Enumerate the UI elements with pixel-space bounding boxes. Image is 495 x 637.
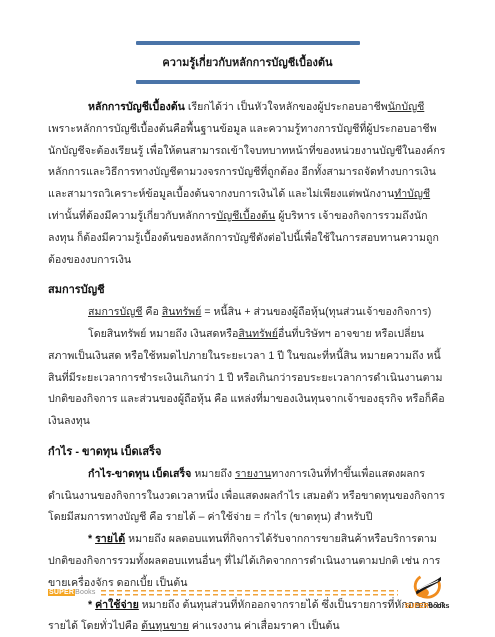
title-bottom-rule — [136, 80, 360, 84]
footer-brand-books: Books — [75, 589, 95, 596]
profit-loss-definition: กำไร-ขาดทุน เบ็ดเสร็จ หมายถึง รายงานทางก… — [48, 464, 448, 529]
footer-brand-left: SUPERBooks — [48, 589, 96, 596]
footer-brand-super: SUPER — [48, 589, 75, 596]
footer-row: SUPERBooks SUPERbooks — [48, 574, 451, 610]
intro-paragraph: หลักการบัญชีเบื้องต้น เรียกได้ว่า เป็นหั… — [48, 97, 448, 271]
title-banner: ความรู้เกี่ยวกับหลักการบัญชีเบื้องต้น — [136, 41, 360, 84]
section-heading-profit-loss: กำไร - ขาดทุน เบ็ดเสร็จ — [48, 442, 448, 464]
accounting-equation-formula: สมการบัญชี คือ สินทรัพย์ = หนี้สิน + ส่ว… — [48, 302, 448, 324]
page-footer: SUPERBooks SUPERbooks — [48, 574, 451, 616]
page-title: ความรู้เกี่ยวกับหลักการบัญชีเบื้องต้น — [136, 45, 360, 80]
accounting-equation-explanation: โดยสินทรัพย์ หมายถึง เงินสดหรือสินทรัพย์… — [48, 324, 448, 433]
footer-divider — [101, 588, 398, 597]
section-heading-accounting-equation: สมการบัญชี — [48, 280, 448, 302]
document-body: หลักการบัญชีเบื้องต้น เรียกได้ว่า เป็นหั… — [48, 97, 448, 637]
superbooks-logo-icon — [412, 574, 442, 602]
logo-text-books: books — [429, 603, 450, 610]
logo-text-super: SUPER — [405, 603, 429, 610]
footer-logo-text: SUPERbooks — [403, 603, 451, 610]
footer-logo: SUPERbooks — [403, 574, 451, 610]
